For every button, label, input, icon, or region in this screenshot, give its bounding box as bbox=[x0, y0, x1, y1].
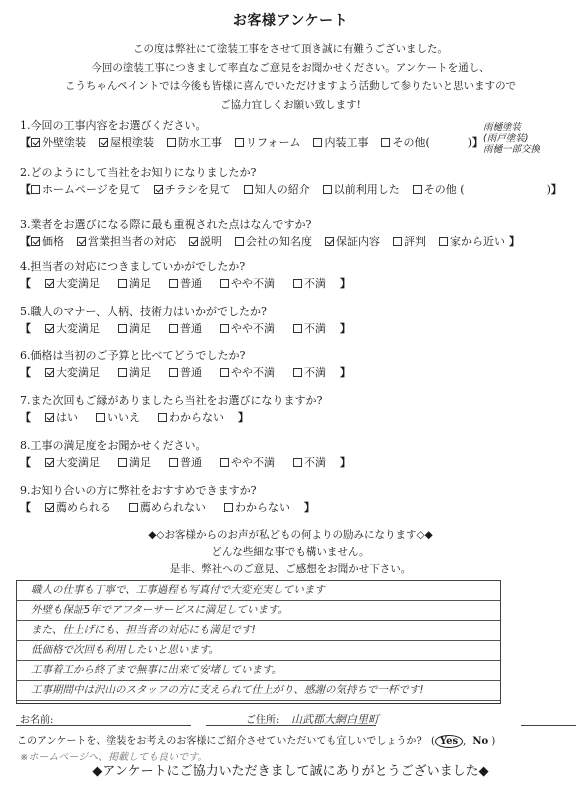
checkbox-icon[interactable] bbox=[220, 279, 229, 288]
option-label: 防水工事 bbox=[178, 134, 222, 151]
option-label: 説明 bbox=[200, 233, 222, 250]
option-label: 満足 bbox=[129, 454, 151, 471]
checkbox-icon[interactable] bbox=[220, 458, 229, 467]
checkbox-icon[interactable] bbox=[393, 237, 402, 246]
question-text: 4.担当者の対応につきましていかがでしたか? bbox=[20, 258, 575, 275]
handwritten-line: 雨樋一部交換 bbox=[483, 144, 540, 155]
question-text: 5.職人のマナー、人柄、技術力はいかがでしたか? bbox=[20, 303, 575, 320]
question-text: 6.価格は当初のご予算と比べてどうでしたか? bbox=[20, 347, 575, 364]
question-options: 【 大変満足 満足 普通 やや不満 不満 】 bbox=[20, 320, 575, 337]
checkbox-icon[interactable] bbox=[129, 503, 138, 512]
option-somewhat-dissatisfied[interactable]: やや不満 bbox=[220, 275, 275, 292]
question-3: 3.業者をお選びになる際に最も重視された点はなんですか? 【 価格 営業担当者の… bbox=[20, 216, 575, 250]
handwritten-line: (雨戸塗装) bbox=[483, 133, 540, 144]
option-label: 屋根塗装 bbox=[110, 134, 154, 151]
option-dissatisfied[interactable]: 不満 bbox=[293, 364, 326, 381]
checkbox-checked-icon[interactable] bbox=[45, 413, 54, 422]
question-text: 7.また次回もご縁がありましたら当社をお選びになりますか? bbox=[20, 392, 575, 409]
option-waterproof[interactable]: 防水工事 bbox=[167, 134, 222, 151]
feedback-banner: ◆◇お客様からのお声が私どもの何よりの励みになります◇◆ どんな些細な事でも構い… bbox=[0, 527, 581, 578]
checkbox-icon[interactable] bbox=[167, 138, 176, 147]
question-6: 6.価格は当初のご予算と比べてどうでしたか? 【 大変満足 満足 普通 やや不満… bbox=[20, 347, 575, 381]
option-satisfied[interactable]: 満足 bbox=[118, 320, 151, 337]
checkbox-checked-icon[interactable] bbox=[77, 237, 86, 246]
name-field[interactable] bbox=[16, 725, 191, 726]
checkbox-icon[interactable] bbox=[220, 368, 229, 377]
checkbox-checked-icon[interactable] bbox=[45, 458, 54, 467]
option-label: 不満 bbox=[304, 275, 326, 292]
consent-yes-option[interactable]: Yes bbox=[435, 735, 463, 748]
option-homepage[interactable]: ホームページを見て bbox=[31, 181, 141, 198]
bracket-close: 】 bbox=[340, 454, 351, 471]
option-label: はい bbox=[56, 409, 78, 426]
checkbox-checked-icon[interactable] bbox=[189, 237, 198, 246]
checkbox-icon[interactable] bbox=[413, 185, 422, 194]
option-label: 家から近い bbox=[450, 233, 505, 250]
checkbox-icon[interactable] bbox=[169, 368, 178, 377]
thanks-message: ◆アンケートにご協力いただきまして誠にありがとうございました◆ bbox=[0, 760, 581, 779]
question-4: 4.担当者の対応につきましていかがでしたか? 【 大変満足 満足 普通 やや不満… bbox=[20, 258, 575, 292]
checkbox-icon[interactable] bbox=[169, 324, 178, 333]
option-label: その他( bbox=[392, 134, 429, 151]
checkbox-icon[interactable] bbox=[224, 503, 233, 512]
option-interior[interactable]: 内装工事 bbox=[313, 134, 368, 151]
checkbox-icon[interactable] bbox=[158, 413, 167, 422]
option-very-satisfied[interactable]: 大変満足 bbox=[45, 454, 100, 471]
bracket-close: 】 bbox=[509, 233, 520, 250]
option-label: 大変満足 bbox=[56, 275, 100, 292]
question-text: 3.業者をお選びになる際に最も重視された点はなんですか? bbox=[20, 216, 575, 233]
option-label: 内装工事 bbox=[324, 134, 368, 151]
checkbox-icon[interactable] bbox=[293, 279, 302, 288]
checkbox-icon[interactable] bbox=[293, 458, 302, 467]
option-satisfied[interactable]: 満足 bbox=[118, 454, 151, 471]
option-label: 価格 bbox=[42, 233, 64, 250]
option-label: 普通 bbox=[180, 364, 202, 381]
option-somewhat-dissatisfied[interactable]: やや不満 bbox=[220, 320, 275, 337]
banner-line: 是非、弊社へのご意見、ご感想をお聞かせ下さい。 bbox=[0, 561, 581, 578]
checkbox-checked-icon[interactable] bbox=[45, 368, 54, 377]
bracket-open: 【 bbox=[20, 181, 31, 198]
consent-no-option[interactable]: No bbox=[472, 736, 488, 747]
option-label: 不満 bbox=[304, 454, 326, 471]
option-label: 知人の紹介 bbox=[255, 181, 310, 198]
checkbox-checked-icon[interactable] bbox=[99, 138, 108, 147]
option-near-home[interactable]: 家から近い bbox=[439, 233, 505, 250]
address-label: ご住所: bbox=[246, 711, 279, 726]
checkbox-icon[interactable] bbox=[31, 185, 40, 194]
option-label: 大変満足 bbox=[56, 364, 100, 381]
name-label: お名前: bbox=[20, 711, 53, 726]
checkbox-checked-icon[interactable] bbox=[31, 138, 40, 147]
option-dissatisfied[interactable]: 不満 bbox=[293, 454, 326, 471]
option-somewhat-dissatisfied[interactable]: やや不満 bbox=[220, 364, 275, 381]
checkbox-icon[interactable] bbox=[220, 324, 229, 333]
bracket-close: 】 bbox=[340, 275, 351, 292]
question-options: 【 大変満足 満足 普通 やや不満 不満 】 bbox=[20, 275, 575, 292]
checkbox-checked-icon[interactable] bbox=[31, 237, 40, 246]
option-label: 満足 bbox=[129, 275, 151, 292]
bracket-close: 】 bbox=[238, 409, 249, 426]
option-sales-rep[interactable]: 営業担当者の対応 bbox=[77, 233, 176, 250]
option-label: わからない bbox=[169, 409, 224, 426]
question-7: 7.また次回もご縁がありましたら当社をお選びになりますか? 【 はい いいえ わ… bbox=[20, 392, 575, 426]
option-label: 満足 bbox=[129, 320, 151, 337]
option-no[interactable]: いいえ bbox=[96, 409, 140, 426]
extra-field-line bbox=[521, 725, 576, 726]
option-neutral[interactable]: 普通 bbox=[169, 364, 202, 381]
option-label: 普通 bbox=[180, 275, 202, 292]
checkbox-icon[interactable] bbox=[118, 279, 127, 288]
intro-line: ご協力宜しくお願い致します! bbox=[0, 96, 581, 115]
option-label: 不満 bbox=[304, 320, 326, 337]
checkbox-icon[interactable] bbox=[118, 324, 127, 333]
checkbox-icon[interactable] bbox=[169, 458, 178, 467]
option-dissatisfied[interactable]: 不満 bbox=[293, 320, 326, 337]
option-referral[interactable]: 知人の紹介 bbox=[244, 181, 310, 198]
checkbox-icon[interactable] bbox=[439, 237, 448, 246]
option-label: 普通 bbox=[180, 320, 202, 337]
checkbox-checked-icon[interactable] bbox=[325, 237, 334, 246]
option-exterior-wall[interactable]: 外壁塗装 bbox=[31, 134, 86, 151]
checkbox-checked-icon[interactable] bbox=[45, 279, 54, 288]
comment-line: 低価格で次回も利用したいと思います。 bbox=[17, 641, 500, 661]
bracket-close: 】 bbox=[551, 181, 562, 198]
option-label: 営業担当者の対応 bbox=[88, 233, 176, 250]
option-recommend[interactable]: 薦められる bbox=[45, 499, 111, 516]
bracket-open: 【 bbox=[20, 275, 31, 292]
option-neutral[interactable]: 普通 bbox=[169, 320, 202, 337]
question-2: 2.どのようにして当社をお知りになりましたか? 【 ホームページを見て チラシを… bbox=[20, 164, 575, 198]
option-dissatisfied[interactable]: 不満 bbox=[293, 275, 326, 292]
checkbox-icon[interactable] bbox=[169, 279, 178, 288]
bracket-open: 【 bbox=[20, 499, 31, 516]
option-very-satisfied[interactable]: 大変満足 bbox=[45, 364, 100, 381]
checkbox-icon[interactable] bbox=[323, 185, 332, 194]
question-options: 【 価格 営業担当者の対応 説明 会社の知名度 保証内容 評判 家から近い 】 bbox=[20, 233, 575, 250]
checkbox-checked-icon[interactable] bbox=[45, 324, 54, 333]
option-label: 評判 bbox=[404, 233, 426, 250]
bracket-open: 【 bbox=[20, 320, 31, 337]
option-label: やや不満 bbox=[231, 320, 275, 337]
checkbox-icon[interactable] bbox=[118, 458, 127, 467]
handwritten-other-note: 雨樋塗装 (雨戸塗装) 雨樋一部交換 bbox=[483, 122, 540, 155]
option-label: チラシを見て bbox=[165, 181, 231, 198]
option-label: 満足 bbox=[129, 364, 151, 381]
intro-line: 今回の塗装工事につきまして率直なご意見をお聞かせください。アンケートを通し、 bbox=[0, 59, 581, 78]
paren-close: ) bbox=[491, 736, 495, 747]
option-price[interactable]: 価格 bbox=[31, 233, 64, 250]
checkbox-icon[interactable] bbox=[293, 368, 302, 377]
checkbox-icon[interactable] bbox=[96, 413, 105, 422]
checkbox-icon[interactable] bbox=[313, 138, 322, 147]
question-options: 【 大変満足 満足 普通 やや不満 不満 】 bbox=[20, 364, 575, 381]
consent-question: このアンケートを、塗装をお考えのお客様にご紹介させていただいても宜しいでしょうか… bbox=[17, 736, 422, 747]
question-text: 8.工事の満足度をお聞かせください。 bbox=[20, 437, 575, 454]
bracket-open: 【 bbox=[20, 454, 31, 471]
checkbox-icon[interactable] bbox=[293, 324, 302, 333]
bracket-open: 【 bbox=[20, 364, 31, 381]
option-label: 大変満足 bbox=[56, 320, 100, 337]
option-label: やや不満 bbox=[231, 275, 275, 292]
intro-line: この度は弊社にて塗装工事をさせて頂き誠に有難うございました。 bbox=[0, 40, 581, 59]
option-label: その他 ( bbox=[424, 181, 465, 198]
option-label: 普通 bbox=[180, 454, 202, 471]
option-label: やや不満 bbox=[231, 454, 275, 471]
bracket-close: 】 bbox=[340, 364, 351, 381]
option-reputation-company[interactable]: 会社の知名度 bbox=[235, 233, 312, 250]
comment-box[interactable]: 職人の仕事も丁寧で、工事過程も写真付で大変充実しています 外壁も保証5年でアフタ… bbox=[16, 580, 501, 704]
comment-line: また、仕上げにも、担当者の対応にも満足です! bbox=[17, 621, 500, 641]
survey-title: お客様アンケート bbox=[0, 10, 581, 30]
option-satisfied[interactable]: 満足 bbox=[118, 364, 151, 381]
question-9: 9.お知り合いの方に弊社をおすすめできますか? 【 薦められる 薦められない わ… bbox=[20, 482, 575, 516]
option-other[interactable]: その他 ( bbox=[413, 181, 465, 198]
option-label: 保証内容 bbox=[336, 233, 380, 250]
option-label: いいえ bbox=[107, 409, 140, 426]
option-previous-use[interactable]: 以前利用した bbox=[323, 181, 400, 198]
option-unsure[interactable]: わからない bbox=[158, 409, 224, 426]
checkbox-checked-icon[interactable] bbox=[45, 503, 54, 512]
option-label: やや不満 bbox=[231, 364, 275, 381]
option-warranty[interactable]: 保証内容 bbox=[325, 233, 380, 250]
question-options: 【 大変満足 満足 普通 やや不満 不満 】 bbox=[20, 454, 575, 471]
bracket-open: 【 bbox=[20, 134, 31, 151]
option-label: 会社の知名度 bbox=[246, 233, 312, 250]
banner-line: ◆◇お客様からのお声が私どもの何よりの励みになります◇◆ bbox=[0, 527, 581, 544]
option-unsure[interactable]: わからない bbox=[224, 499, 290, 516]
bracket-close: 】 bbox=[472, 134, 483, 151]
question-text: 2.どのようにして当社をお知りになりましたか? bbox=[20, 164, 575, 181]
option-reform[interactable]: リフォーム bbox=[235, 134, 300, 151]
handwritten-line: 雨樋塗装 bbox=[483, 122, 540, 133]
option-label: わからない bbox=[235, 499, 290, 516]
question-8: 8.工事の満足度をお聞かせください。 【 大変満足 満足 普通 やや不満 不満 … bbox=[20, 437, 575, 471]
option-label: 以前利用した bbox=[334, 181, 400, 198]
comment-line: 外壁も保証5年でアフターサービスに満足しています。 bbox=[17, 601, 500, 621]
option-neutral[interactable]: 普通 bbox=[169, 454, 202, 471]
checkbox-icon[interactable] bbox=[244, 185, 253, 194]
option-label: 薦められる bbox=[56, 499, 111, 516]
option-other[interactable]: その他( bbox=[381, 134, 429, 151]
question-5: 5.職人のマナー、人柄、技術力はいかがでしたか? 【 大変満足 満足 普通 やや… bbox=[20, 303, 575, 337]
bracket-close: 】 bbox=[304, 499, 315, 516]
question-options: 【 ホームページを見て チラシを見て 知人の紹介 以前利用した その他 ( ) … bbox=[20, 181, 575, 198]
question-text: 9.お知り合いの方に弊社をおすすめできますか? bbox=[20, 482, 575, 499]
option-label: 外壁塗装 bbox=[42, 134, 86, 151]
option-reviews[interactable]: 評判 bbox=[393, 233, 426, 250]
address-field[interactable] bbox=[206, 725, 376, 726]
intro-line: こうちゃんペイントでは今後も皆様に喜んでいただけますよう活動して参りたいと思いま… bbox=[0, 77, 581, 96]
banner-line: どんな些細な事でも構いません。 bbox=[0, 544, 581, 561]
consent-row: このアンケートを、塗装をお考えのお客様にご紹介させていただいても宜しいでしょうか… bbox=[17, 732, 577, 748]
bracket-open: 【 bbox=[20, 409, 31, 426]
option-label: 薦められない bbox=[140, 499, 206, 516]
contact-fields: お名前: ご住所: 山武郡大網白里町 bbox=[16, 711, 576, 727]
option-very-satisfied[interactable]: 大変満足 bbox=[45, 275, 100, 292]
question-options: 【 薦められる 薦められない わからない 】 bbox=[20, 499, 575, 516]
bracket-close: 】 bbox=[340, 320, 351, 337]
checkbox-icon[interactable] bbox=[235, 237, 244, 246]
option-label: 大変満足 bbox=[56, 454, 100, 471]
option-yes[interactable]: はい bbox=[45, 409, 78, 426]
option-label: ホームページを見て bbox=[42, 181, 141, 198]
survey-page: お客様アンケート この度は弊社にて塗装工事をさせて頂き誠に有難うございました。 … bbox=[0, 0, 581, 793]
checkbox-checked-icon[interactable] bbox=[154, 185, 163, 194]
comment-line: 工事期間中は沢山のスタッフの方に支えられて仕上がり、感謝の気持ちで一杯です! bbox=[17, 681, 500, 701]
checkbox-icon[interactable] bbox=[118, 368, 127, 377]
comment-line: 工事着工から終了まで無事に出来て安堵しています。 bbox=[17, 661, 500, 681]
option-very-satisfied[interactable]: 大変満足 bbox=[45, 320, 100, 337]
bracket-open: 【 bbox=[20, 233, 31, 250]
option-roof[interactable]: 屋根塗装 bbox=[99, 134, 154, 151]
option-label: リフォーム bbox=[246, 134, 300, 151]
intro-text: この度は弊社にて塗装工事をさせて頂き誠に有難うございました。 今回の塗装工事につ… bbox=[0, 40, 581, 114]
comment-line: 職人の仕事も丁寧で、工事過程も写真付で大変充実しています bbox=[17, 581, 500, 601]
checkbox-icon[interactable] bbox=[235, 138, 244, 147]
checkbox-icon[interactable] bbox=[381, 138, 390, 147]
option-not-recommend[interactable]: 薦められない bbox=[129, 499, 206, 516]
question-options: 【 はい いいえ わからない 】 bbox=[20, 409, 575, 426]
option-somewhat-dissatisfied[interactable]: やや不満 bbox=[220, 454, 275, 471]
option-flyer[interactable]: チラシを見て bbox=[154, 181, 231, 198]
option-explanation[interactable]: 説明 bbox=[189, 233, 222, 250]
option-neutral[interactable]: 普通 bbox=[169, 275, 202, 292]
option-label: 不満 bbox=[304, 364, 326, 381]
option-satisfied[interactable]: 満足 bbox=[118, 275, 151, 292]
